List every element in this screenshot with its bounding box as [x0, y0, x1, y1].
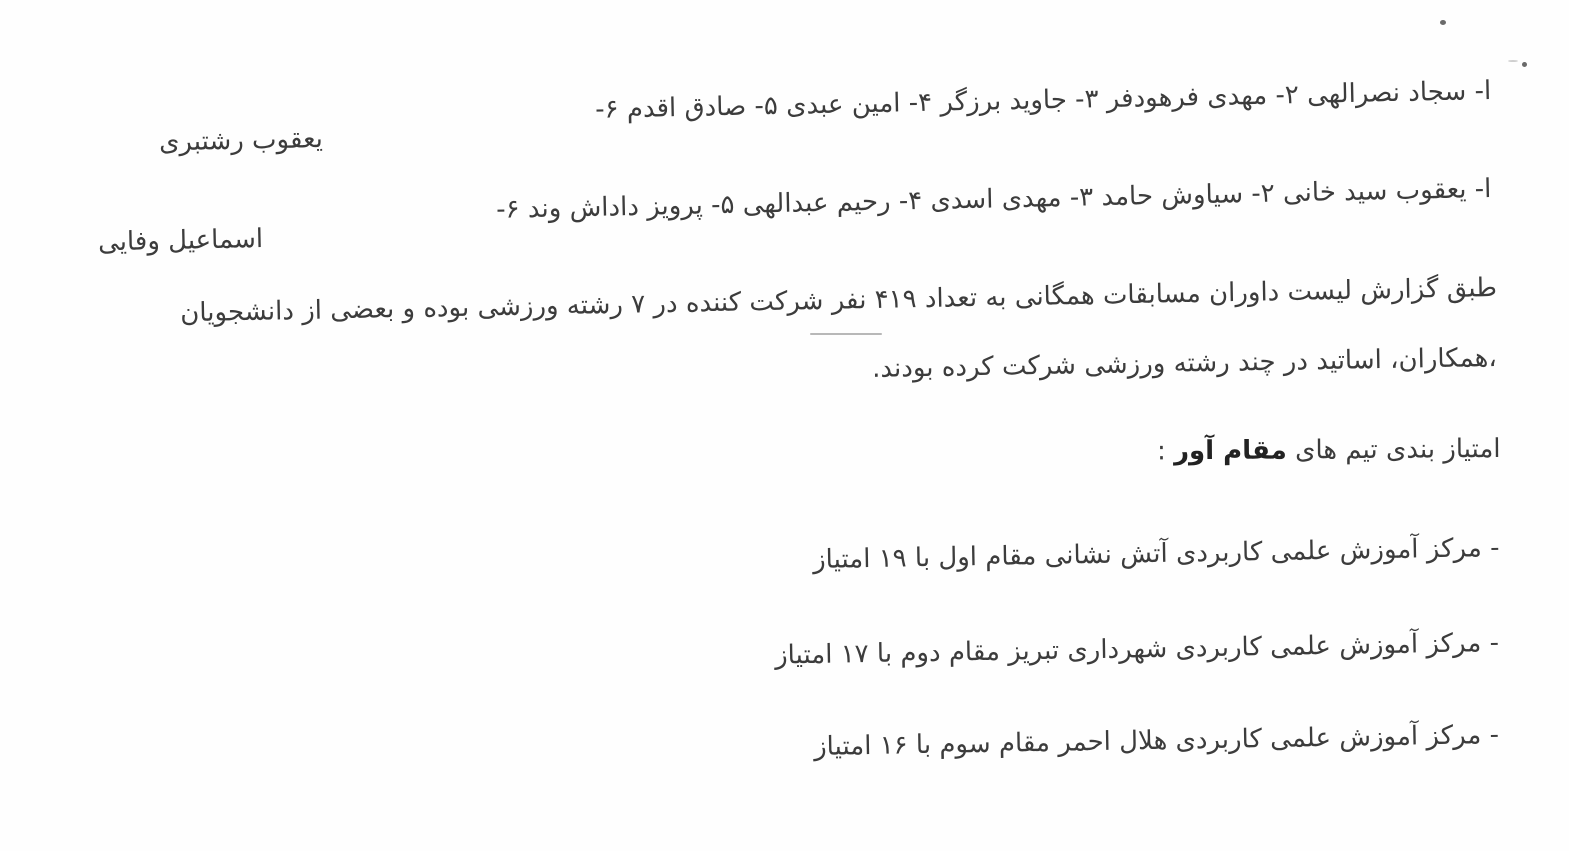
ranking-heading-bold: مقام آور — [1174, 435, 1287, 466]
scan-speck — [1522, 62, 1527, 67]
report-paragraph-line-2: ،همکاران، اساتید در چند رشته ورزشی شرکت … — [872, 345, 1497, 382]
ranking-heading-suffix: : — [1157, 436, 1174, 466]
ranking-item-third: - مرکز آموزش علمی کاربردی هلال احمر مقام… — [814, 722, 1499, 760]
referees-list-2-line-1: ا- یعقوب سید خانی ۲- سیاوش حامد ۳- مهدی … — [496, 176, 1492, 223]
ranking-text: مرکز آموزش علمی کاربردی آتش نشانی مقام ا… — [812, 533, 1481, 575]
referees-list-2-line-2: اسماعیل وفایی — [98, 226, 264, 255]
ranking-bullet: - — [1489, 533, 1499, 563]
scan-speck — [1440, 20, 1446, 25]
ranking-item-second: - مرکز آموزش علمی کاربردی شهرداری تبریز … — [775, 630, 1499, 669]
ranking-text: مرکز آموزش علمی کاربردی هلال احمر مقام س… — [814, 720, 1482, 762]
report-paragraph-line-1: طبق گزارش لیست داوران مسابقات همگانی به … — [180, 275, 1497, 326]
referees-list-1-line-1: ا- سجاد نصرالهی ۲- مهدی فرهودفر ۳- جاوید… — [595, 78, 1491, 123]
scan-speck — [1508, 60, 1518, 62]
scanned-document-page: ا- سجاد نصرالهی ۲- مهدی فرهودفر ۳- جاوید… — [0, 0, 1569, 851]
ranking-bullet: - — [1489, 628, 1499, 658]
ranking-text: مرکز آموزش علمی کاربردی شهرداری تبریز مق… — [775, 628, 1482, 670]
ranking-heading-prefix: امتیاز بندی تیم های — [1287, 434, 1501, 465]
referees-list-1-line-2: یعقوب رشتبری — [159, 126, 323, 155]
ranking-heading: امتیاز بندی تیم های مقام آور : — [1157, 436, 1501, 464]
handwritten-underline — [810, 333, 882, 335]
ranking-bullet: - — [1489, 720, 1499, 750]
ranking-item-first: - مرکز آموزش علمی کاربردی آتش نشانی مقام… — [812, 535, 1499, 573]
